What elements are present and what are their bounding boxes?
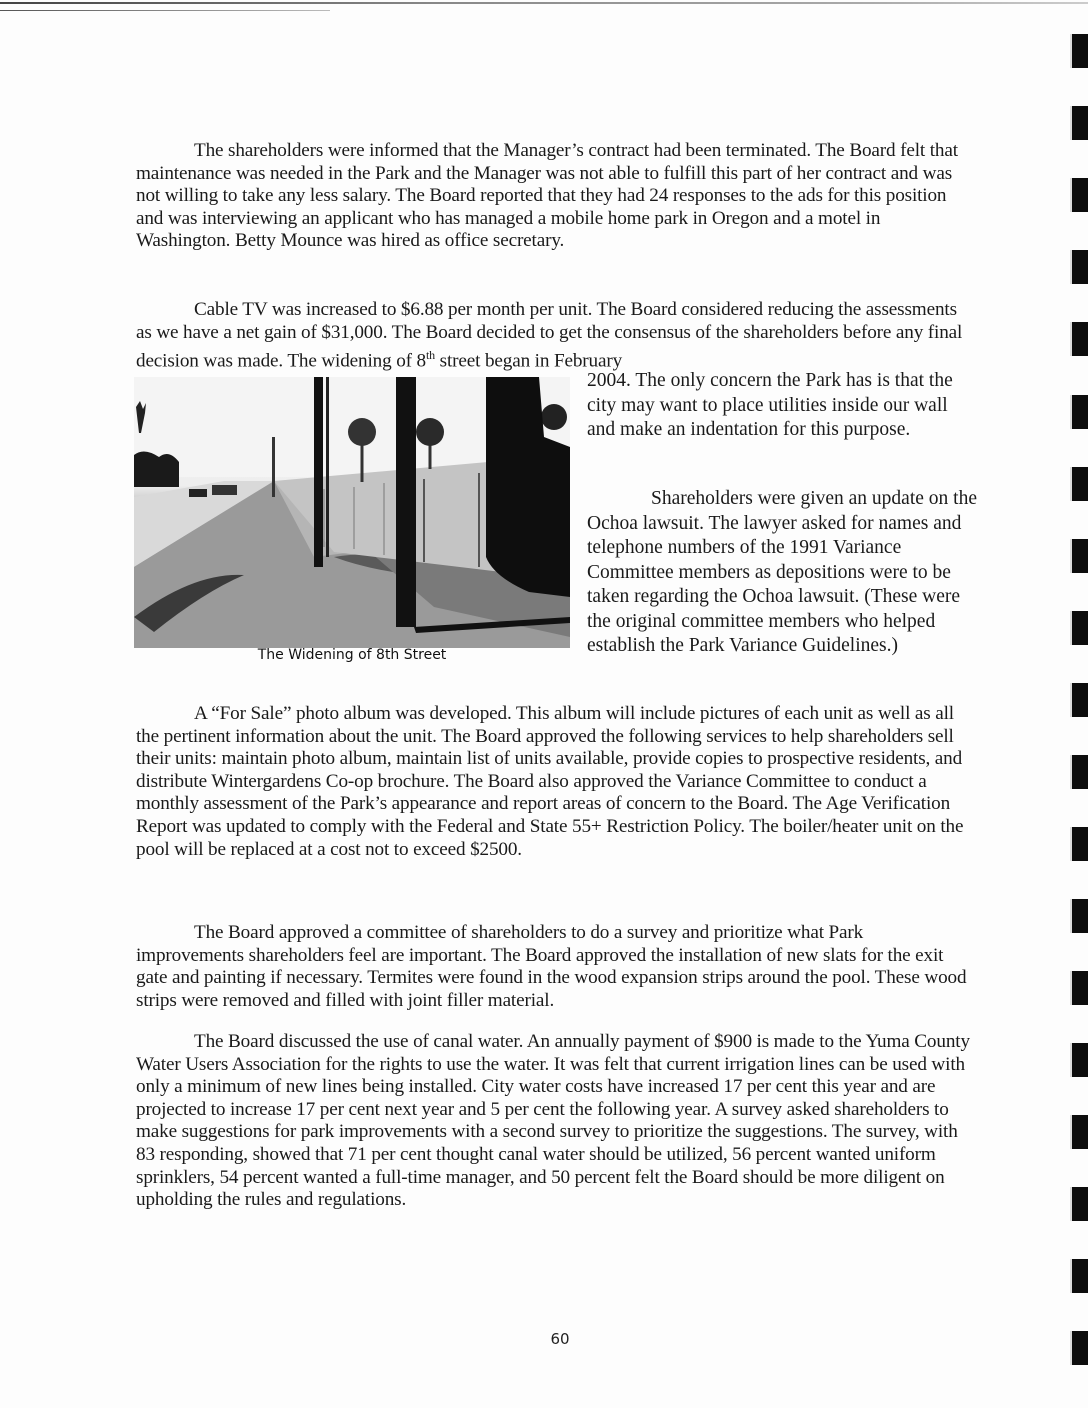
binding-hole: [1070, 395, 1088, 429]
paragraph-canal-water: The Board discussed the use of canal wat…: [136, 1031, 972, 1212]
paragraph-cable-tv: Cable TV was increased to $6.88 per mont…: [136, 299, 972, 373]
page-number: 60: [500, 1330, 620, 1348]
binding-hole: [1070, 1331, 1088, 1365]
binding-hole: [1070, 1259, 1088, 1293]
street-widening-photo: [134, 377, 570, 648]
binding-hole: [1070, 539, 1088, 573]
paragraph-text: A “For Sale” photo album was developed. …: [136, 703, 972, 861]
binding-hole: [1070, 611, 1088, 645]
figure-caption: The Widening of 8th Street: [134, 647, 570, 663]
paragraph-text: Shareholders were given an update on the…: [587, 487, 977, 659]
binding-hole: [1070, 178, 1088, 212]
binding-hole: [1070, 322, 1088, 356]
paragraph-text: Cable TV was increased to $6.88 per mont…: [136, 299, 972, 373]
binding-hole: [1070, 34, 1088, 68]
scan-edge-line: [0, 2, 1088, 4]
paragraph-text: The Board approved a committee of shareh…: [136, 922, 972, 1012]
binding-hole: [1070, 106, 1088, 140]
binding-hole: [1070, 1187, 1088, 1221]
binding-hole: [1070, 971, 1088, 1005]
paragraph-cable-tv-continuation: 2004. The only concern the Park has is t…: [587, 369, 977, 443]
paragraph-for-sale-album: A “For Sale” photo album was developed. …: [136, 703, 972, 861]
binding-hole: [1070, 755, 1088, 789]
paragraph-text: 2004. The only concern the Park has is t…: [587, 370, 953, 440]
binding-hole: [1070, 250, 1088, 284]
binding-hole: [1070, 683, 1088, 717]
paragraph-text: The shareholders were informed that the …: [136, 140, 972, 253]
binding-hole: [1070, 1115, 1088, 1149]
photo-illustration: [134, 377, 570, 648]
paragraph-text: The Board discussed the use of canal wat…: [136, 1031, 972, 1212]
paragraph-improvements-committee: The Board approved a committee of shareh…: [136, 922, 972, 1012]
binding-hole: [1070, 1043, 1088, 1077]
binding-hole: [1070, 827, 1088, 861]
paragraph-ochoa-lawsuit: Shareholders were given an update on the…: [587, 487, 977, 659]
scan-top-edge: [0, 0, 1088, 14]
paragraph-manager-contract: The shareholders were informed that the …: [136, 140, 972, 253]
scan-edge-line: [0, 10, 330, 11]
binding-hole: [1070, 467, 1088, 501]
binding-hole: [1070, 899, 1088, 933]
